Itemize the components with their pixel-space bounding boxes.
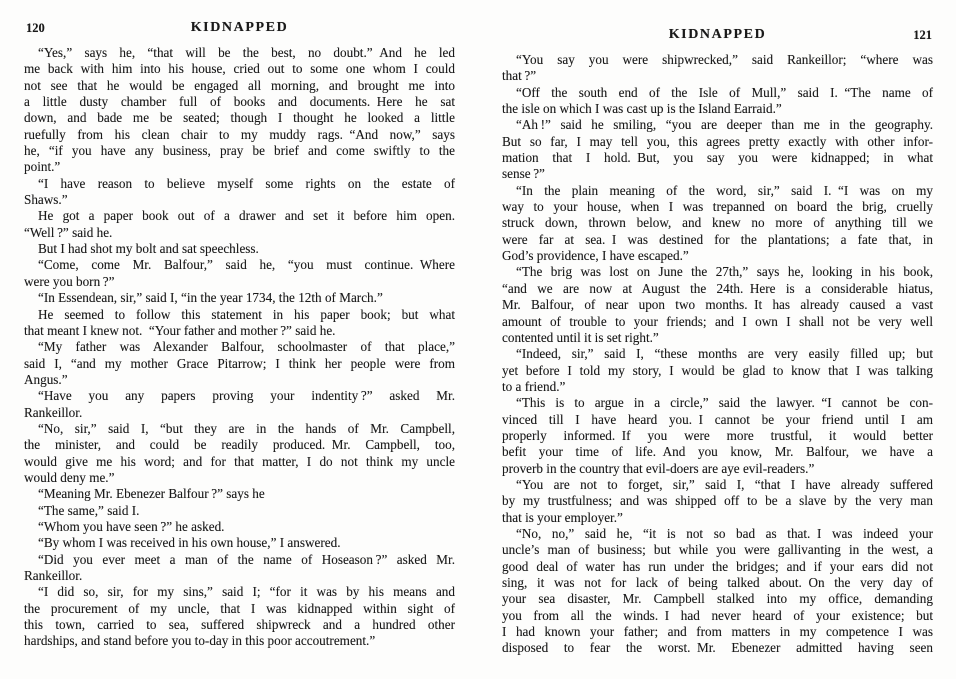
text-line: a little dusty chamber full of books and… xyxy=(24,94,455,110)
paragraph: “The same,” said I. xyxy=(24,503,455,519)
text-line: “and we are now at August the 24th. Here… xyxy=(502,281,933,297)
text-line: that ?” xyxy=(502,68,933,84)
page-header-left: 120 KIDNAPPED xyxy=(24,20,455,36)
text-line: sense ?” xyxy=(502,166,933,182)
paragraph: “The brig was lost on June the 27th,” sa… xyxy=(502,264,933,346)
text-line: “In Essendean, sir,” said I, “in the yea… xyxy=(24,290,455,306)
text-line: Rankeillor. xyxy=(24,405,455,421)
text-line: “No, sir,” said I, “but they are in the … xyxy=(24,421,455,437)
text-line: “I did so, sir, for my sins,” said I; “f… xyxy=(24,584,455,600)
text-line: “Did you ever meet a man of the name of … xyxy=(24,552,455,568)
paragraph: “I did so, sir, for my sins,” said I; “f… xyxy=(24,584,455,649)
paragraph: “Whom you have seen ?” he asked. xyxy=(24,519,455,535)
text-line: uncle’s man of business; but while you w… xyxy=(502,542,933,558)
text-line: He seemed to follow this statement in hi… xyxy=(24,307,455,323)
text-line: would deny me.” xyxy=(24,470,455,486)
page-left: 120 KIDNAPPED “Yes,” says he, “that will… xyxy=(24,0,455,650)
text-line: struck down, thrown below, and knew no m… xyxy=(502,215,933,231)
text-line: you from all the winds. I had never hear… xyxy=(502,608,933,624)
text-line: “The same,” said I. xyxy=(24,503,455,519)
paragraph: “No, sir,” said I, “but they are in the … xyxy=(24,421,455,486)
paragraph: “You are not to forget, sir,” said I, “t… xyxy=(502,477,933,526)
paragraph: “Have you any papers proving your indent… xyxy=(24,388,455,421)
paragraph: “Yes,” says he, “that will be the best, … xyxy=(24,45,455,176)
paragraph: He seemed to follow this statement in hi… xyxy=(24,307,455,340)
text-line: “You say you were shipwrecked,” said Ran… xyxy=(502,52,933,68)
text-line: not see that he would be engaged all mor… xyxy=(24,78,455,94)
text-line: “The brig was lost on June the 27th,” sa… xyxy=(502,264,933,280)
text-line: “Whom you have seen ?” he asked. xyxy=(24,519,455,535)
paragraph: “I have reason to believe myself some ri… xyxy=(24,176,455,209)
text-line: down, and bade me be seated; though I th… xyxy=(24,110,455,126)
paragraph: “Meaning Mr. Ebenezer Balfour ?” says he xyxy=(24,486,455,502)
paragraph: “In Essendean, sir,” said I, “in the yea… xyxy=(24,290,455,306)
paragraph: “No, no,” said he, “it is not so bad as … xyxy=(502,526,933,657)
text-line: “No, no,” said he, “it is not so bad as … xyxy=(502,526,933,542)
text-line: “In the plain meaning of the word, sir,”… xyxy=(502,183,933,199)
text-line: the procurement of my uncle, that I was … xyxy=(24,601,455,617)
text-line: that meant I knew not. “Your father and … xyxy=(24,323,455,339)
text-line: contented until it is set right.” xyxy=(502,330,933,346)
text-line: “Come, come Mr. Balfour,” said he, “you … xyxy=(24,257,455,273)
text-line: the isle on which I was cast up is the I… xyxy=(502,101,933,117)
text-line: “Ah !” said he smiling, “you are deeper … xyxy=(502,117,933,133)
text-line: Mr. Balfour, of near upon two months. It… xyxy=(502,297,933,313)
paragraph: “You say you were shipwrecked,” said Ran… xyxy=(502,52,933,85)
paragraph: “In the plain meaning of the word, sir,”… xyxy=(502,183,933,265)
text-line: mation that I hold. But, you say you wer… xyxy=(502,150,933,166)
paragraph: “This is to argue in a circle,” said the… xyxy=(502,395,933,477)
paragraph: “Come, come Mr. Balfour,” said he, “you … xyxy=(24,257,455,290)
text-line: properly informed. If you were more trus… xyxy=(502,428,933,444)
text-line: “Have you any papers proving your indent… xyxy=(24,388,455,404)
text-line: point.” xyxy=(24,159,455,175)
page-text-right: “You say you were shipwrecked,” said Ran… xyxy=(502,52,933,657)
paragraph: “Did you ever meet a man of the name of … xyxy=(24,552,455,585)
text-line: this town, carried to sea, suffered ship… xyxy=(24,617,455,633)
text-line: yet before I told my story, I would be g… xyxy=(502,363,933,379)
book-spread: 120 KIDNAPPED “Yes,” says he, “that will… xyxy=(0,0,956,679)
running-head-left: KIDNAPPED xyxy=(24,20,455,36)
text-line: God’s providence, I have escaped.” xyxy=(502,248,933,264)
text-line: Shaws.” xyxy=(24,192,455,208)
text-line: “You are not to forget, sir,” said I, “t… xyxy=(502,477,933,493)
text-line: amount of trouble to your friends; and I… xyxy=(502,314,933,330)
paragraph: “By whom I was received in his own house… xyxy=(24,535,455,551)
text-line: “I have reason to believe myself some ri… xyxy=(24,176,455,192)
text-line: “This is to argue in a circle,” said the… xyxy=(502,395,933,411)
text-line: that is your employer.” xyxy=(502,510,933,526)
text-line: vinced till I have heard you. I cannot b… xyxy=(502,412,933,428)
text-line: were far at sea. I was destined for the … xyxy=(502,232,933,248)
paragraph: “My father was Alexander Balfour, school… xyxy=(24,339,455,388)
text-line: “Off the south end of the Isle of Mull,”… xyxy=(502,85,933,101)
text-line: He got a paper book out of a drawer and … xyxy=(24,208,455,224)
text-line: hardships, and stand before you to-day i… xyxy=(24,633,455,649)
paragraph: “Ah !” said he smiling, “you are deeper … xyxy=(502,117,933,182)
text-line: to a friend.” xyxy=(502,379,933,395)
text-line: “My father was Alexander Balfour, school… xyxy=(24,339,455,355)
paragraph: He got a paper book out of a drawer and … xyxy=(24,208,455,241)
page-number-right: 121 xyxy=(913,28,932,43)
text-line: said I, “and my mother Grace Pitarrow; I… xyxy=(24,356,455,372)
text-line: But so far, I may tell you, this agrees … xyxy=(502,134,933,150)
text-line: “Meaning Mr. Ebenezer Balfour ?” says he xyxy=(24,486,455,502)
text-line: Angus.” xyxy=(24,372,455,388)
text-line: “By whom I was received in his own house… xyxy=(24,535,455,551)
text-line: disposed to fear the worst. Mr. Ebenezer… xyxy=(502,640,933,656)
page-header-right: KIDNAPPED 121 xyxy=(502,27,933,43)
paragraph: But I had shot my bolt and sat speechles… xyxy=(24,241,455,257)
text-line: he, “if you have any business, pray be b… xyxy=(24,143,455,159)
text-line: “Yes,” says he, “that will be the best, … xyxy=(24,45,455,61)
text-line: befit your time of life. And you know, M… xyxy=(502,444,933,460)
text-line: ruefully from his clean chair to my mudd… xyxy=(24,127,455,143)
text-line: me back with him into his house, cried o… xyxy=(24,61,455,77)
paragraph: “Off the south end of the Isle of Mull,”… xyxy=(502,85,933,118)
text-line: sing, it was not for lack of being talke… xyxy=(502,575,933,591)
text-line: proverb in the country that evil-doers a… xyxy=(502,461,933,477)
paragraph: “Indeed, sir,” said I, “these months are… xyxy=(502,346,933,395)
text-line: I had known your father; and from matter… xyxy=(502,624,933,640)
text-line: the minister, and could be readily produ… xyxy=(24,437,455,453)
running-head-right: KIDNAPPED xyxy=(502,27,933,43)
text-line: But I had shot my bolt and sat speechles… xyxy=(24,241,455,257)
text-line: by my trustfulness; and was shipped off … xyxy=(502,493,933,509)
page-text-left: “Yes,” says he, “that will be the best, … xyxy=(24,45,455,650)
page-right: KIDNAPPED 121 “You say you were shipwrec… xyxy=(502,0,933,657)
text-line: would give me his word; and for that mat… xyxy=(24,454,455,470)
text-line: Rankeillor. xyxy=(24,568,455,584)
text-line: “Well ?” said he. xyxy=(24,225,455,241)
text-line: way to your house, when I was trepanned … xyxy=(502,199,933,215)
text-line: “Indeed, sir,” said I, “these months are… xyxy=(502,346,933,362)
text-line: were you born ?” xyxy=(24,274,455,290)
text-line: good deal of water has run under the bri… xyxy=(502,559,933,575)
text-line: your sea disaster, Mr. Campbell stalked … xyxy=(502,591,933,607)
